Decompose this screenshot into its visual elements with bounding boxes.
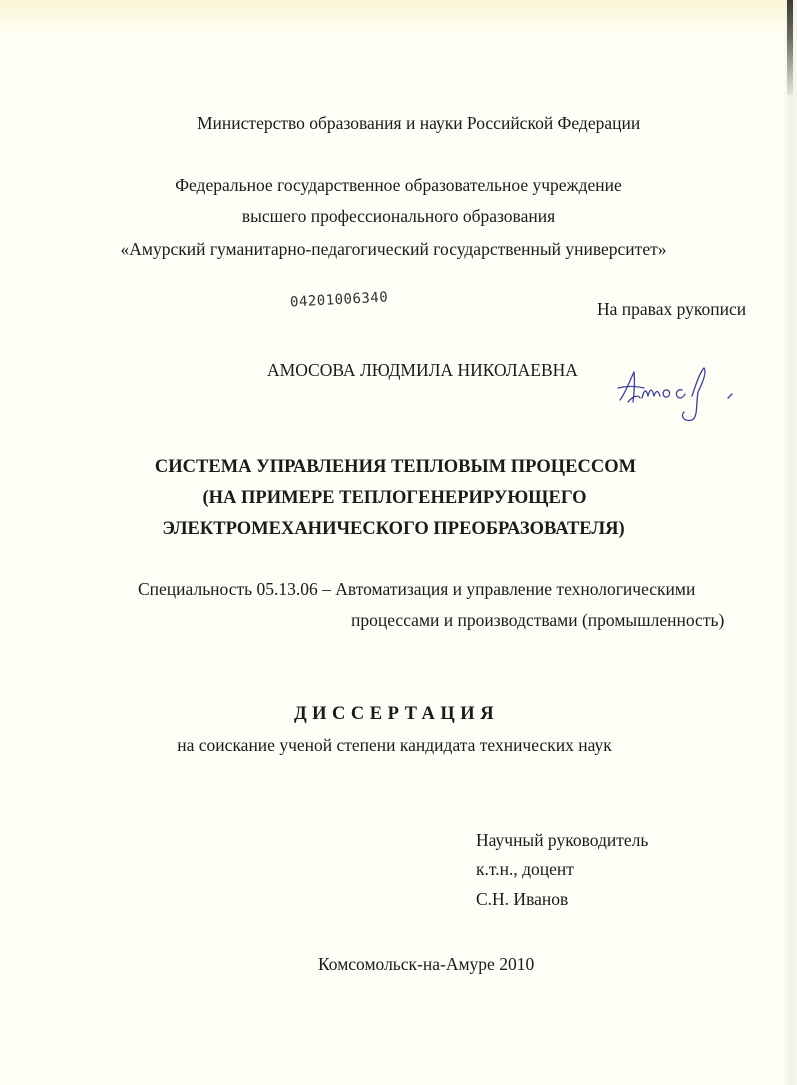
scan-top-tint xyxy=(0,0,790,22)
specialty-line-2: процессами и производствами (промышленно… xyxy=(351,609,724,631)
title-line-3: ЭЛЕКТРОМЕХАНИЧЕСКОГО ПРЕОБРАЗОВАТЕЛЯ) xyxy=(0,518,792,540)
registration-stamp: 04201006340 xyxy=(290,289,389,310)
specialty-line-1: Специальность 05.13.06 – Автоматизация и… xyxy=(138,578,695,600)
degree-line: на соискание ученой степени кандидата те… xyxy=(0,734,793,756)
institution-line-2: высшего профессионального образования xyxy=(0,205,797,227)
institution-line-3: «Амурский гуманитарно-педагогический гос… xyxy=(0,238,792,260)
title-line-1: СИСТЕМА УПРАВЛЕНИЯ ТЕПЛОВЫМ ПРОЦЕССОМ xyxy=(0,456,794,478)
scanned-page: Министерство образования и науки Российс… xyxy=(0,0,797,1085)
author-name: АМОСОВА ЛЮДМИЛА НИКОЛАЕВНА xyxy=(267,359,578,381)
scan-edge-shadow xyxy=(783,0,797,1085)
work-type-heading: ДИССЕРТАЦИЯ xyxy=(0,703,795,725)
ministry-line: Министерство образования и науки Российс… xyxy=(197,112,640,134)
author-signature xyxy=(612,362,752,432)
manuscript-rights-label: На правах рукописи xyxy=(597,298,746,320)
institution-line-1: Федеральное государственное образователь… xyxy=(0,174,797,196)
place-year: Комсомольск-на-Амуре 2010 xyxy=(318,953,534,975)
supervisor-credentials: к.т.н., доцент xyxy=(476,858,574,880)
supervisor-label: Научный руководитель xyxy=(476,829,648,851)
supervisor-name: С.Н. Иванов xyxy=(476,888,568,910)
scan-edge-dark-corner xyxy=(787,0,793,95)
title-line-2: (НА ПРИМЕРЕ ТЕПЛОГЕНЕРИРУЮЩЕГО xyxy=(0,487,793,509)
